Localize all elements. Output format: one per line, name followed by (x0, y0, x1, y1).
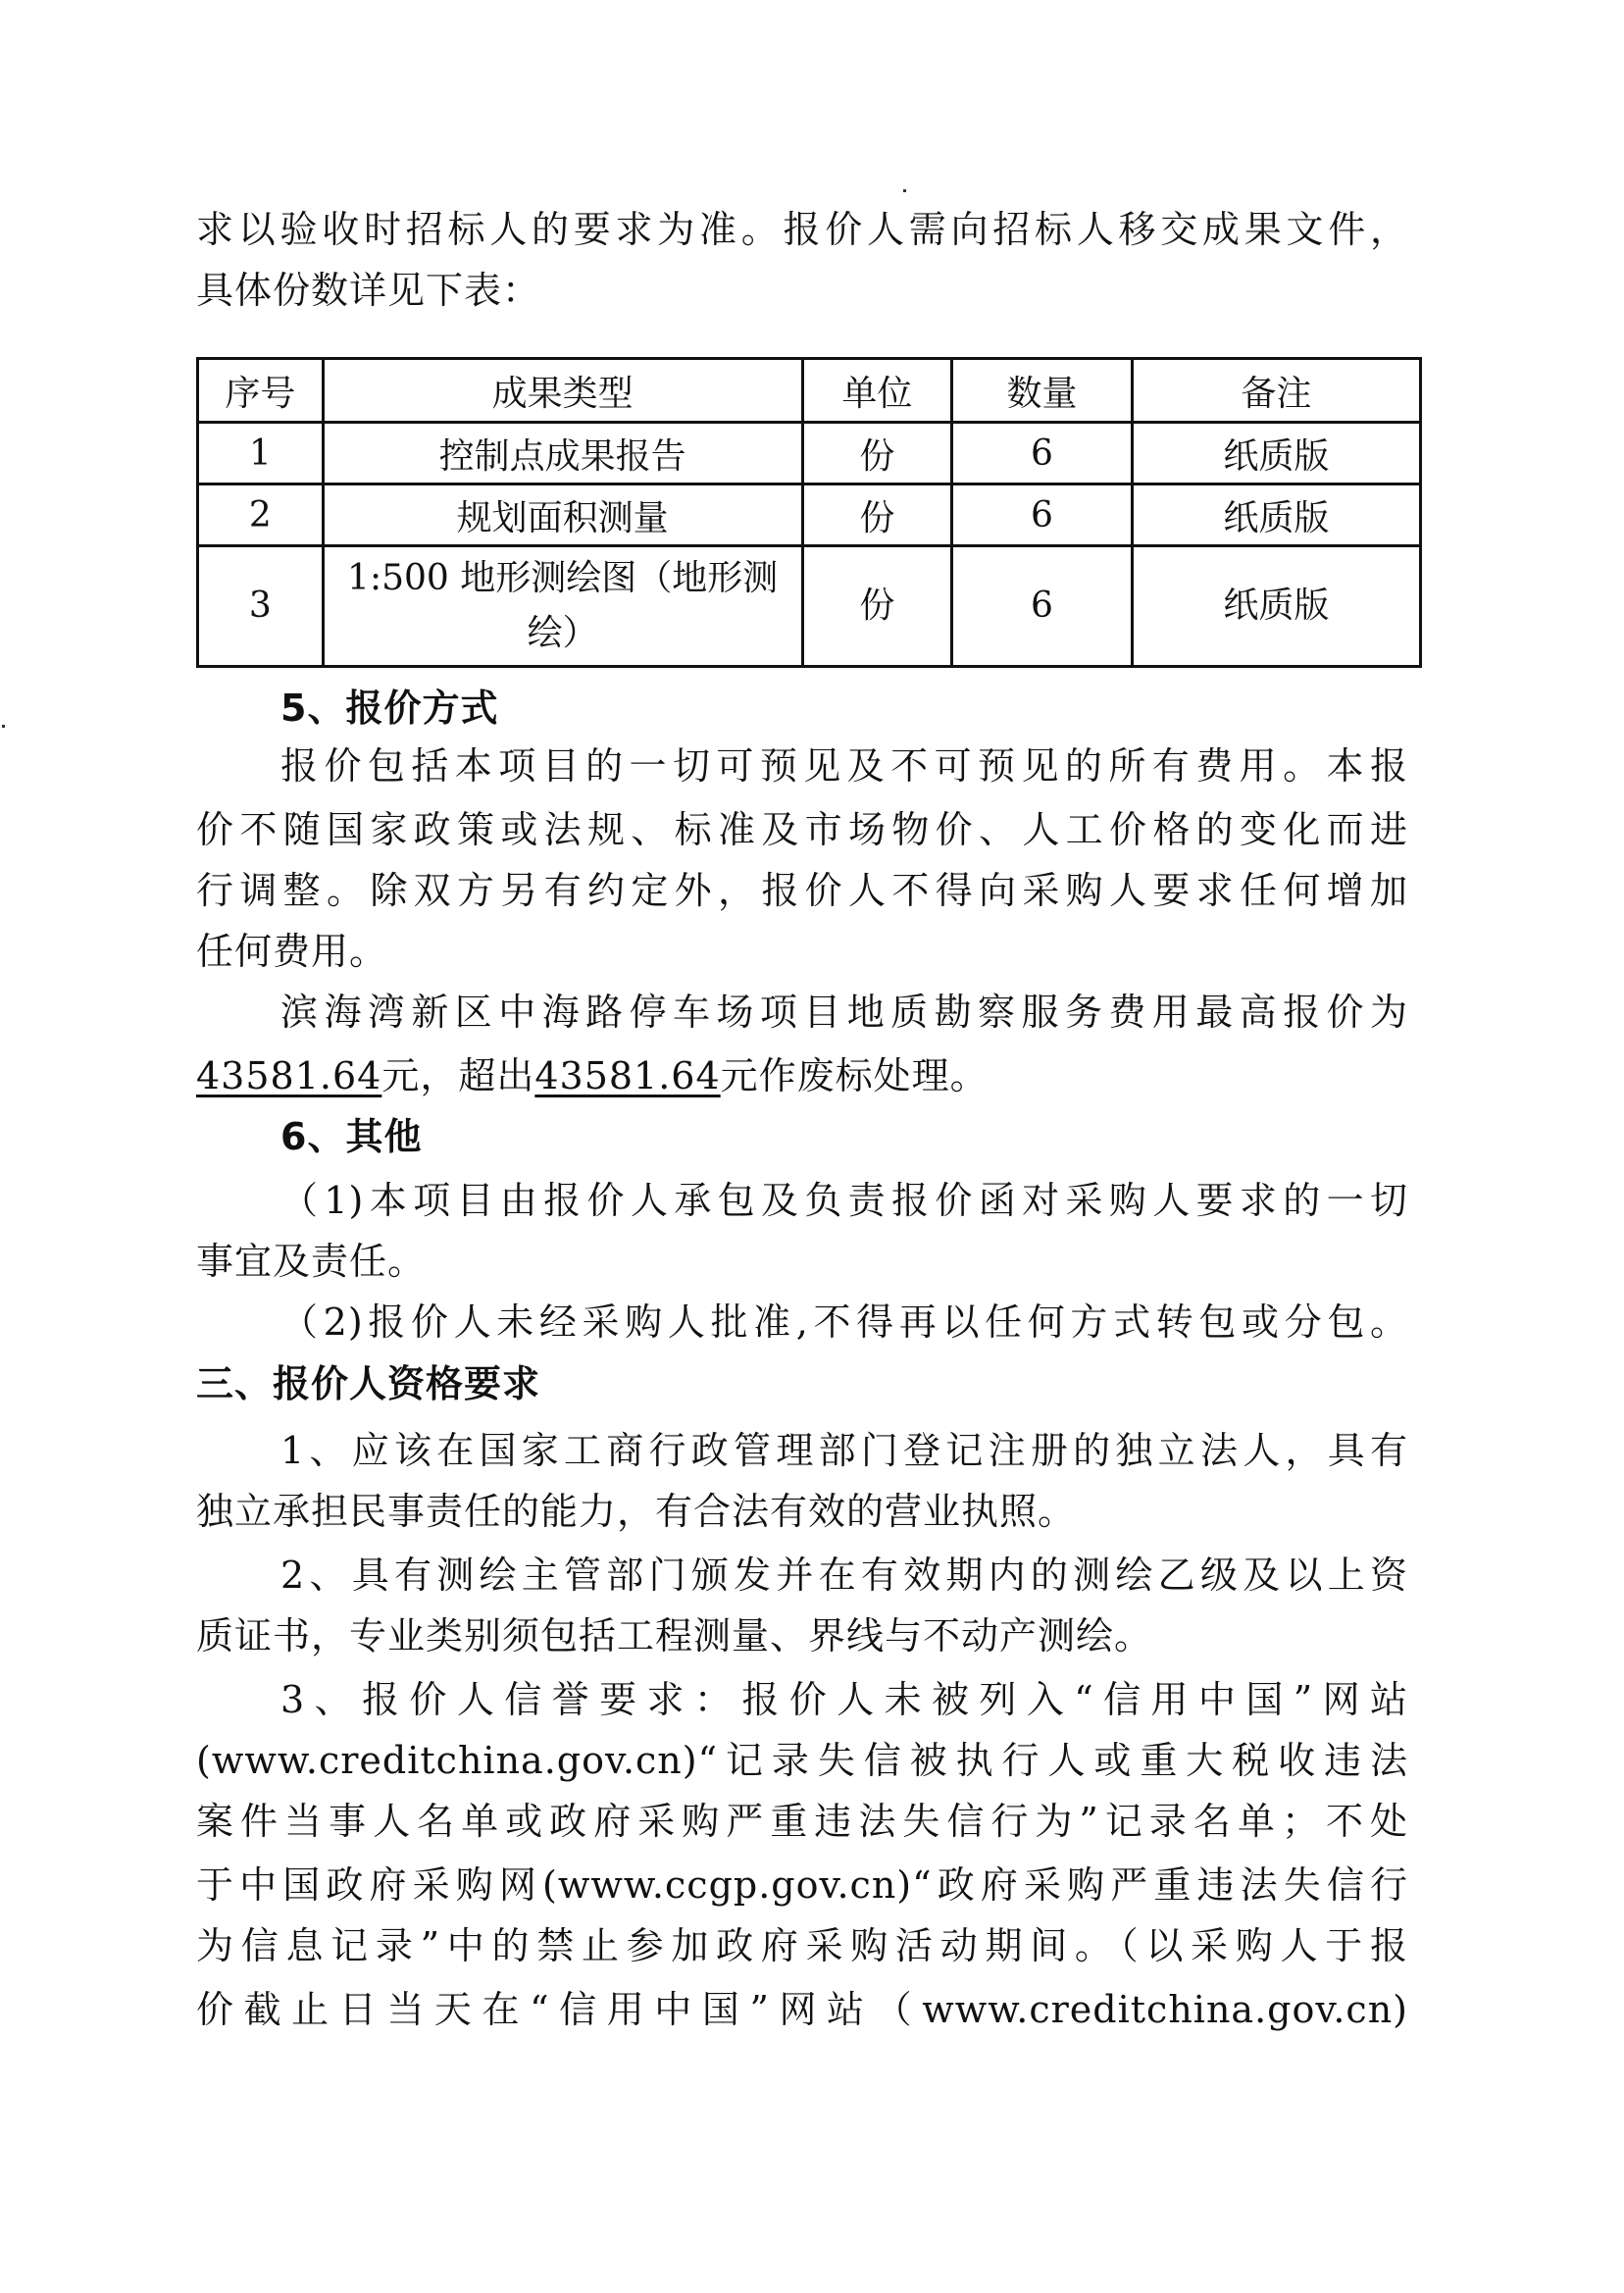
section-6-item2: （2)报价人未经采购人批准,不得再以任何方式转包或分包。 (280, 1292, 1408, 1352)
header-qty: 数量 (952, 359, 1133, 423)
section-5-p2-line-1: 滨海湾新区中海路停车场项目地质勘察服务费用最高报价为 (280, 982, 1408, 1043)
cell-no: 1 (198, 423, 324, 484)
cell-type: 1:500 地形测绘图（地形测 绘） (323, 546, 802, 667)
cell-unit: 份 (802, 484, 952, 546)
req2-line-2: 质证书，专业类别须包括工程测量、界线与不动产测绘。 (196, 1605, 1408, 1666)
req3-line-3: 案件当事人名单或政府采购严重违法失信行为”记录名单；不处 (196, 1791, 1408, 1852)
section-6-item1-line-1: （1)本项目由报价人承包及负责报价函对采购人要求的一切 (280, 1170, 1408, 1231)
cell-note: 纸质版 (1132, 546, 1420, 667)
req3-line-6: 价截止日当天在“信用中国”网站（www.creditchina.gov.cn) (196, 1979, 1408, 2040)
section-3-heading: 三、报价人资格要求 (196, 1353, 1408, 1414)
cell-unit: 份 (802, 546, 952, 667)
scan-speck (2, 725, 5, 728)
cell-no: 2 (198, 484, 324, 546)
cell-type-line-2: 绘） (330, 606, 795, 661)
table-row: 3 1:500 地形测绘图（地形测 绘） 份 6 纸质版 (198, 546, 1421, 667)
table-header-row: 序号 成果类型 单位 数量 备注 (198, 359, 1421, 423)
section-5-p2-line-2: 43581.64元，超出43581.64元作废标处理。 (196, 1045, 1408, 1106)
section-6-heading: 6、其他 (280, 1106, 1408, 1167)
deliverables-table: 序号 成果类型 单位 数量 备注 1 控制点成果报告 份 6 纸质版 2 规划面… (196, 357, 1422, 668)
cell-type: 规划面积测量 (323, 484, 802, 546)
req3-line-2: (www.creditchina.gov.cn)“记录失信被执行人或重大税收违法 (196, 1730, 1408, 1791)
intro-line-2: 具体份数详见下表： (196, 260, 1408, 321)
max-price-amount-2: 43581.64 (534, 1054, 720, 1097)
header-note: 备注 (1132, 359, 1420, 423)
table-row: 1 控制点成果报告 份 6 纸质版 (198, 423, 1421, 484)
section-5-p1-line-2: 价不随国家政策或法规、标准及市场物价、人工价格的变化而进 (196, 799, 1408, 860)
scan-speck (903, 189, 906, 192)
cell-unit: 份 (802, 423, 952, 484)
req1-line-2: 独立承担民事责任的能力，有合法有效的营业执照。 (196, 1481, 1408, 1542)
section-5-p1-line-3: 行调整。除双方另有约定外，报价人不得向采购人要求任何增加 (196, 860, 1408, 921)
table-row: 2 规划面积测量 份 6 纸质版 (198, 484, 1421, 546)
cell-type-line-1: 1:500 地形测绘图（地形测 (330, 551, 795, 606)
section-5-p1-line-4: 任何费用。 (196, 921, 1408, 982)
req3-line-5: 为信息记录”中的禁止参加政府采购活动期间。（以采购人于报 (196, 1915, 1408, 1976)
req2-line-1: 2、具有测绘主管部门颁发并在有效期内的测绘乙级及以上资 (280, 1545, 1408, 1605)
req1-line-1: 1、应该在国家工商行政管理部门登记注册的独立法人，具有 (280, 1420, 1408, 1481)
section-5-heading: 5、报价方式 (280, 678, 1408, 739)
cell-qty: 6 (952, 484, 1133, 546)
cell-no: 3 (198, 546, 324, 667)
intro-line-1: 求以验收时招标人的要求为准。报价人需向招标人移交成果文件， (196, 199, 1408, 260)
req3-line-4: 于中国政府采购网(www.ccgp.gov.cn)“政府采购严重违法失信行 (196, 1855, 1408, 1915)
section-6-item1-line-2: 事宜及责任。 (196, 1231, 1408, 1292)
cell-qty: 6 (952, 423, 1133, 484)
cell-note: 纸质版 (1132, 423, 1420, 484)
req3-line-1: 3、报价人信誉要求：报价人未被列入“信用中国”网站 (280, 1669, 1408, 1730)
header-no: 序号 (198, 359, 324, 423)
max-price-amount: 43581.64 (196, 1054, 381, 1097)
header-type: 成果类型 (323, 359, 802, 423)
cell-note: 纸质版 (1132, 484, 1420, 546)
price-text-end: 元作废标处理。 (721, 1054, 989, 1097)
cell-type: 控制点成果报告 (323, 423, 802, 484)
cell-qty: 6 (952, 546, 1133, 667)
section-5-p1-line-1: 报价包括本项目的一切可预见及不可预见的所有费用。本报 (280, 736, 1408, 796)
price-text-mid: 元，超出 (381, 1054, 534, 1097)
header-unit: 单位 (802, 359, 952, 423)
